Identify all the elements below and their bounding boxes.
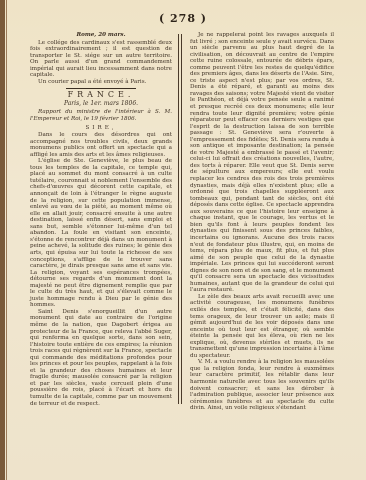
france-heading: FRANCE. xyxy=(30,92,172,99)
column-divider-rule xyxy=(178,34,182,404)
salutation: SIRE, xyxy=(30,125,172,132)
newspaper-page: ( 278 ) Rome, 20 mars. Le collége des ca… xyxy=(0,0,366,480)
report-title: Rapport du ministre de l'intérieur à S. … xyxy=(30,109,172,122)
france-paragraph-1: Dans le cours des désordres qui ont acco… xyxy=(30,132,172,158)
page-binding-line xyxy=(6,0,7,480)
rome-dateline: Rome, 20 mars. xyxy=(30,32,172,39)
rome-paragraph-1: Le collége des cardinaux s'est rassemblé… xyxy=(30,40,172,79)
section-divider xyxy=(66,88,136,89)
right-paragraph-2: Le zèle des beaux arts avait recueilli a… xyxy=(190,294,334,359)
right-paragraph-1: Je ne rappelerai point les ravages auxqu… xyxy=(190,32,334,294)
right-column: Je ne rappelerai point les ravages auxqu… xyxy=(190,32,334,412)
france-paragraph-3: Saint Denis s'enorgueillit d'un autre mo… xyxy=(30,309,172,407)
france-paragraph-2: L'église de Ste. Geneviève, le plus beau… xyxy=(30,158,172,309)
page-binding-edge xyxy=(0,0,5,480)
right-paragraph-3: V. M. a voulu rendre à la religion les m… xyxy=(190,359,334,411)
paris-dateline: Paris, le 1er. mars 1806. xyxy=(30,101,172,108)
page-number: ( 278 ) xyxy=(0,12,366,25)
left-column: Rome, 20 mars. Le collége des cardinaux … xyxy=(30,32,172,407)
rome-paragraph-2: Un courier papal a été envoyé à Paris. xyxy=(30,79,172,86)
